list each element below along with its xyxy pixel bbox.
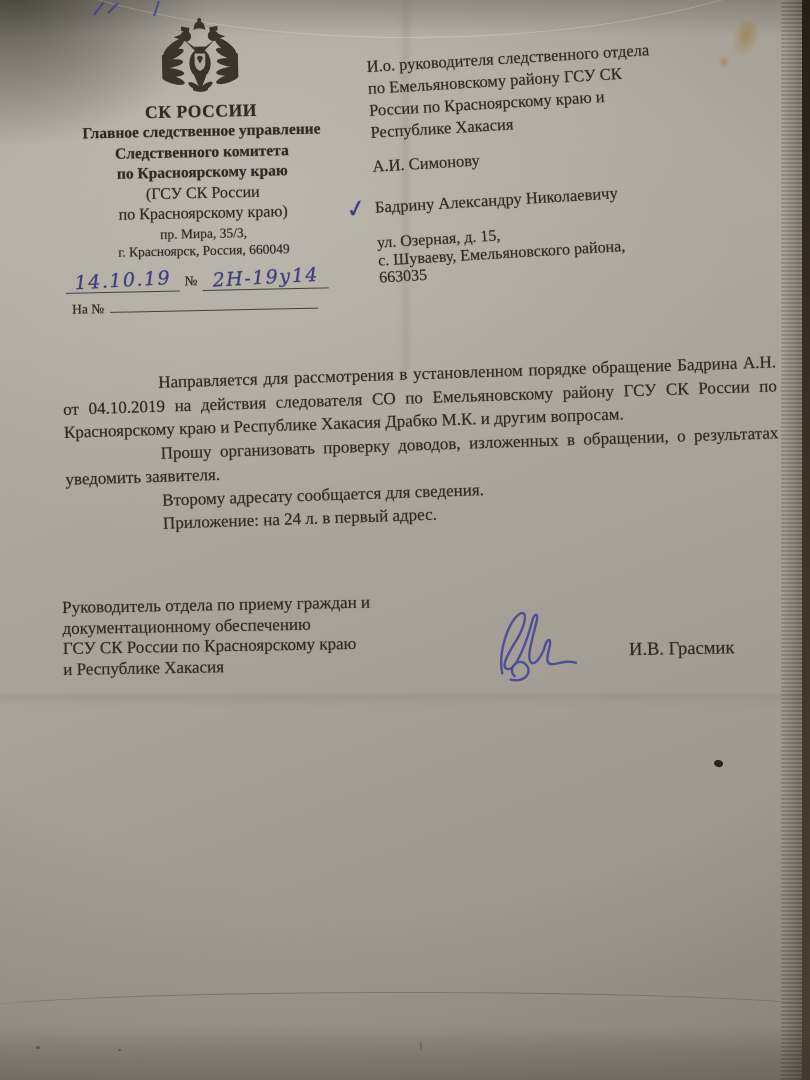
addressee-position: И.о. руководителя следственного отдела п…: [366, 32, 771, 144]
reference-label: На №: [72, 301, 104, 317]
signer-name: И.В. Грасмик: [629, 638, 735, 660]
date-number-row: 14.10.19№2Н-19у14: [45, 264, 363, 294]
addressee-block: И.о. руководителя следственного отдела п…: [366, 32, 779, 287]
letter-body: Направляется для рассмотрения в установл…: [62, 350, 781, 538]
number-sign: №: [184, 273, 197, 288]
reference-field: [110, 307, 318, 312]
paper-speck: [36, 1046, 40, 1049]
letterhead: СК РОССИИ Главное следственное управлени…: [40, 11, 364, 319]
handwritten-signature-icon: [478, 603, 583, 689]
paper-speck: [118, 1049, 121, 1051]
paper-stack-edge: [781, 0, 803, 1080]
reference-row: На №: [46, 294, 364, 319]
desk-background-strip: [802, 0, 810, 1080]
date-field: 14.10.19: [65, 268, 179, 293]
handwritten-date: 14.10.19: [74, 266, 172, 293]
handwritten-number: 2Н-19у14: [212, 263, 320, 291]
paper-speck: [420, 1042, 422, 1050]
horizontal-fold-line: [0, 694, 810, 706]
addressee-postal-address: ул. Озерная, д. 15, с. Шуваеву, Емельяно…: [377, 211, 779, 287]
addressee-name-citizen: ✓ Бадрину Александру Николаевичу: [374, 174, 774, 218]
double-headed-eagle-icon: [161, 13, 239, 97]
ink-blot: [713, 759, 724, 768]
bottom-shadow: [0, 1026, 810, 1080]
addressee-name-citizen-text: Бадрину Александру Николаевичу: [374, 183, 618, 216]
handwritten-checkmark-icon: ✓: [343, 193, 368, 224]
number-field: 2Н-19у14: [202, 265, 328, 291]
scanned-letter-photo: СК РОССИИ Главное следственное управлени…: [0, 0, 810, 1080]
signature-block: Руководитель отдела по приему граждан и …: [62, 586, 777, 680]
